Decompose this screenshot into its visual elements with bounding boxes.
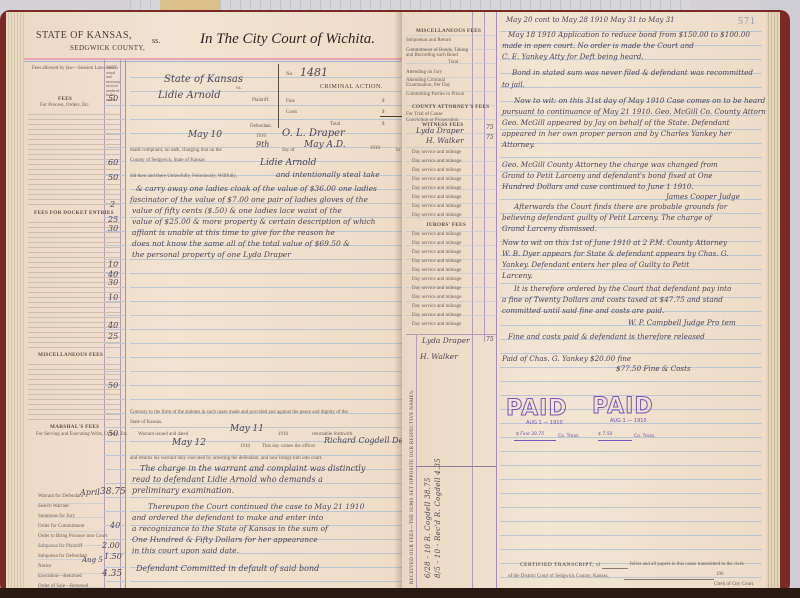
day-service-row: Day service and mileage xyxy=(412,168,461,173)
charge-line: value of $25.00 & more property & certai… xyxy=(132,217,375,226)
received-box-mid-rule xyxy=(416,466,496,467)
committed-note: Defendant Committed in default of said b… xyxy=(136,564,319,573)
misc-row: Commitment of Bonds, Taking and Recordin… xyxy=(406,48,470,58)
misc-row: Attending on Jury xyxy=(406,70,442,75)
journal-line: Yankey. Defendant enters her plea of Gui… xyxy=(502,260,689,269)
witness-amount: 75 xyxy=(486,134,494,141)
officer-name: Richard Cogdell Dep. Sff. xyxy=(324,436,402,445)
returns-text: and returns his warrant duly executed by… xyxy=(130,456,323,461)
page-number: 571 xyxy=(738,16,756,27)
did-then-text: did then and there Unlawfully, Felonious… xyxy=(130,174,237,179)
journal-header-line: May 20 cont to May 28 1910 May 31 to May… xyxy=(506,16,675,24)
county-line: County of Sedgwick, State of Kansas xyxy=(130,158,205,163)
criminal-action-label: CRIMINAL ACTION. xyxy=(320,84,383,90)
paid-stamp-rule xyxy=(598,440,632,441)
defendant-label: Defendant. xyxy=(250,124,272,129)
fee-amount-warrant: 38.75 xyxy=(100,487,126,497)
journal-line: pursuant to continuance of May 21 1910. … xyxy=(502,107,766,116)
fee-amount: 60 xyxy=(108,158,118,167)
certified-folios-text: folios and all papers in this cause tran… xyxy=(630,562,744,567)
return-date: May 12 xyxy=(172,438,206,448)
certified-year: 190 xyxy=(716,572,724,577)
header-ss: ss. xyxy=(152,36,160,45)
certified-of: of xyxy=(596,563,600,568)
header-state: STATE OF KANSAS, xyxy=(36,30,132,41)
fee-amount: 1.50 xyxy=(104,552,122,561)
paid-stamp-label: Co. Treas. xyxy=(558,434,580,439)
fee-amount: 50 xyxy=(108,381,118,390)
contrary-text: Contrary to the form of the statutes in … xyxy=(130,410,348,415)
officer-text: This day comes the officer xyxy=(262,444,315,449)
folios-blank xyxy=(602,568,628,569)
misc-row: Committing Parties to Prison xyxy=(406,92,464,97)
header-county: SEDGWICK COUNTY, xyxy=(70,44,145,52)
header-court-title: In The City Court of Wichita. xyxy=(200,31,375,48)
witness-name: Lyda Draper xyxy=(416,126,464,135)
fine-label: Fine xyxy=(286,99,295,104)
total-label: Total xyxy=(330,122,340,127)
plaintiff-label: Plaintiff. xyxy=(252,98,270,103)
paid-stamp-rule xyxy=(514,440,556,441)
continuance-line: and ordered the defendant to make and en… xyxy=(132,513,323,522)
journal-line: Larceny. xyxy=(502,271,533,280)
paid-stamp-date: AUG 1 — 1910 xyxy=(526,420,563,426)
warrant-label: Warrant issued and dated xyxy=(138,432,188,437)
fee-amount: 10 xyxy=(108,293,118,302)
paid-stamp-date: AUG 1 — 1910 xyxy=(610,418,647,424)
juror-row: Day service and mileage xyxy=(412,286,461,291)
proceedings-line: preliminary examination. xyxy=(132,486,234,495)
juror-row: Day service and mileage xyxy=(412,295,461,300)
ledger-book: STATE OF KANSAS, SEDGWICK COUNTY, ss. In… xyxy=(6,12,780,590)
fee-amount: 30 xyxy=(108,224,118,233)
county-attorney-fees-title: COUNTY ATTORNEY'S FEES xyxy=(412,104,489,110)
state-of-kansas-text: State of Kansas. xyxy=(130,420,162,425)
day-service-row: Day service and mileage xyxy=(412,204,461,209)
continuance-line: Thereupon the Court continued the case t… xyxy=(148,502,364,511)
complainant-name: O. L. Draper xyxy=(282,128,345,139)
journal-line: May 18 1910 Application to reduce bond f… xyxy=(508,30,750,39)
fees-section-title: FEES xyxy=(58,96,72,102)
case-number: 1481 xyxy=(300,66,328,79)
fees-section-subtitle: For Process, Orders, Etc. xyxy=(40,103,90,108)
marshal-note-april: April xyxy=(80,488,100,497)
right-page: MISCELLANEOUS FEES Subpoenas and Return … xyxy=(402,12,766,590)
district-blank xyxy=(624,579,714,580)
charge-line: fascinator of the value of $7.00 one pai… xyxy=(130,195,368,204)
received-name: Lyda Draper xyxy=(422,336,470,345)
proceedings-line: read to defendant Lidie Arnold who deman… xyxy=(132,475,323,484)
costs-dollar: $ xyxy=(382,110,385,115)
journal-line: It is therefore ordered by the Court tha… xyxy=(514,284,731,293)
county-row: For Trial of Cause xyxy=(406,112,443,117)
return-year: 1910 xyxy=(240,444,250,449)
fees-note: Fees allowed by law—Session Laws 1897 xyxy=(32,66,117,71)
receipt-note: 6/28 - 10 R. Cogdell 38.75 xyxy=(424,477,432,578)
receipt-note: 8/5 - 10 - Rec'd R. Cogdell 4.35 xyxy=(434,458,442,578)
fee-amount: 40 xyxy=(108,321,118,330)
witness-name: H. Walker xyxy=(426,136,464,145)
judge-pro-tem-signature: W. P. Campbell Judge Pro tem xyxy=(628,318,736,327)
costs-label: Costs xyxy=(286,110,297,115)
complaint-date: May 10 xyxy=(188,130,222,140)
charge-line: and intentionally steal take xyxy=(276,170,380,179)
journal-line: W. B. Dyer appears for State & defendant… xyxy=(502,249,729,258)
plaintiff-name: State of Kansas xyxy=(164,74,243,85)
warrant-date: May 11 xyxy=(230,424,264,434)
offense-day: 9th xyxy=(256,140,269,149)
misc-row: Attending Criminal Examination, Per Day xyxy=(406,78,470,88)
fee-amount: 50 xyxy=(108,94,118,103)
marshal-note-aug: Aug 5 xyxy=(82,556,103,564)
journal-line: a fine of Twenty Dollars and costs taxed… xyxy=(502,295,723,304)
journal-line: C. E. Yankey Atty for Deft being heard. xyxy=(502,52,644,61)
vs-label: vs. xyxy=(236,86,242,91)
charge-line: does not know the same all of the total … xyxy=(132,239,350,248)
misc-row-total: Total xyxy=(448,60,458,65)
fee-amount-execution: 4.35 xyxy=(102,569,122,579)
day-service-row: Day service and mileage xyxy=(412,159,461,164)
fine-dollar: $ xyxy=(382,99,385,104)
defendant-name: Lidie Arnold xyxy=(158,90,221,101)
case-number-label: No. xyxy=(286,72,293,77)
day-service-row: Day service and mileage xyxy=(412,186,461,191)
journal-line: Geo. McGill appeared by Jay on behalf of… xyxy=(502,118,729,127)
fee-amount: 2.00 xyxy=(102,541,120,550)
fee-amount: 50 xyxy=(108,173,118,182)
payment-note: $77.50 Fine & Costs xyxy=(616,364,691,373)
charge-line: & carry away one ladies cloak of the val… xyxy=(136,184,377,193)
table-shadow xyxy=(0,588,800,598)
total-dollar: $ xyxy=(382,122,385,127)
journal-line: appeared in her own proper person and by… xyxy=(502,129,731,138)
journal-line: Attorney. xyxy=(502,140,535,149)
offense-month: May A.D. xyxy=(304,140,346,150)
journal-line: Bond in stated sum was never filed & def… xyxy=(512,68,753,77)
proceedings-line: The charge in the warrant and complaint … xyxy=(140,464,365,473)
marshal-fees-title: MARSHAL'S FEES xyxy=(50,424,99,430)
misc-fees-title-left: MISCELLANEOUS FEES xyxy=(38,352,103,358)
fee-amount: 40 xyxy=(110,521,120,530)
marshal-rules xyxy=(38,490,104,590)
header-rule-blue xyxy=(24,61,402,62)
header-rule xyxy=(24,58,402,60)
jurors-fees-title: JURORS' FEES xyxy=(426,222,466,228)
bookmark-tab xyxy=(160,0,220,10)
received-name: H. Walker xyxy=(420,352,458,361)
fee-amount: 50 xyxy=(108,429,118,438)
fee-amount: 2 xyxy=(110,200,115,209)
docket-fees-title: FEES FOR DOCKET ENTRIES xyxy=(34,210,114,216)
charge-line: the personal property of one Lyda Draper xyxy=(132,250,291,259)
journal-line: Now to wit: on this 31st day of May 1910… xyxy=(514,96,765,105)
page-edges-right xyxy=(766,12,780,590)
journal-line: believing defendant guilty of Petit Larc… xyxy=(502,213,712,222)
juror-row: Day service and mileage xyxy=(412,313,461,318)
juror-row: Day service and mileage xyxy=(412,277,461,282)
docket-fees-printed-text xyxy=(28,218,120,350)
journal-line: Geo. McGill County Attorney the charge w… xyxy=(502,160,718,169)
juror-row: Day service and mileage xyxy=(412,304,461,309)
day-service-row: Day service and mileage xyxy=(412,177,461,182)
juror-row: Day service and mileage xyxy=(412,250,461,255)
continuance-line: a recognizance to the State of Kansas in… xyxy=(132,524,328,533)
fee-amount: 30 xyxy=(108,278,118,287)
continuance-line: One Hundred & Fifty Dollars for her appe… xyxy=(132,535,318,544)
left-page: STATE OF KANSAS, SEDGWICK COUNTY, ss. In… xyxy=(24,12,402,590)
margin-line xyxy=(125,60,126,590)
journal-line: Grand to Petit Larceny and defendant's b… xyxy=(502,171,713,180)
year-suffix: 1910 xyxy=(370,146,380,151)
journal-line: Afterwards the Court finds there are pro… xyxy=(514,202,727,211)
charge-line: affiant is unable at this time to give f… xyxy=(132,228,335,237)
juror-row: Day service and mileage xyxy=(412,322,461,327)
journal-line: Grand Larceny dismissed. xyxy=(502,224,597,233)
clerk-label: Clerk of City Court. xyxy=(714,582,754,587)
juror-row: Day service and mileage xyxy=(412,232,461,237)
day-service-row: Day service and mileage xyxy=(412,213,461,218)
paid-stamp-amount: $ 7.50 xyxy=(598,432,612,437)
paid-stamp: PAID xyxy=(506,396,568,421)
received-fees-vertical-label: RECEIVED OUR FEES—THE SUMS SET OPPOSITE … xyxy=(410,389,415,584)
certified-transcript-title: CERTIFIED TRANSCRIPT, xyxy=(520,562,594,568)
juror-row: Day service and mileage xyxy=(412,268,461,273)
fees-printed-text xyxy=(28,110,120,206)
juror-row: Day service and mileage xyxy=(412,259,461,264)
journal-line: Fine and costs paid & defendant is there… xyxy=(508,332,705,341)
journal-line: Now to wit on this 1st of June 1910 at 2… xyxy=(502,238,727,247)
payment-note: Paid of Chas. G. Yankey $20.00 fine xyxy=(502,354,631,363)
judge-signature: James Cooper Judge xyxy=(666,192,740,201)
certified-district-text: of the District Court of Sedgwick County… xyxy=(508,574,609,579)
charge-line: value of fifty cents ($.50) & one ladies… xyxy=(132,206,342,215)
fee-amount: 25 xyxy=(108,215,118,224)
complaint-year: 1910 xyxy=(256,134,266,139)
received-box-top xyxy=(406,334,496,335)
paid-stamp: PAID xyxy=(592,394,654,419)
fee-amount: 10 xyxy=(108,260,118,269)
complaint-text: made complaint, on oath, charging that o… xyxy=(130,148,222,153)
day-service-row: Day service and mileage xyxy=(412,195,461,200)
juror-row: Day service and mileage xyxy=(412,241,461,246)
page-edges-left xyxy=(6,12,24,590)
accused-name: Lidie Arnold xyxy=(260,158,316,168)
case-brace xyxy=(278,64,279,128)
paid-stamp-label: Co. Treas. xyxy=(634,434,656,439)
received-amount: 75 xyxy=(486,336,494,343)
day-of-label: day of xyxy=(282,148,295,153)
misc-fees-printed-text xyxy=(28,360,120,422)
misc-fees-title-right: MISCELLANEOUS FEES xyxy=(416,28,481,34)
received-box-divider xyxy=(416,334,417,590)
continuance-line: in this court upon said date. xyxy=(132,546,239,555)
right-margin-line xyxy=(496,12,497,590)
journal-line: committed until said fine and costs are … xyxy=(502,306,664,315)
warrant-year: 1910 xyxy=(278,432,288,437)
misc-row: Subpoenas and Return xyxy=(406,38,451,43)
paid-stamp-amount: $ Fine 30.75 xyxy=(516,432,544,437)
journal-line: made in open court. No order is made the… xyxy=(502,41,694,50)
witness-amount: 75 xyxy=(486,124,494,131)
journal-line: to jail. xyxy=(502,80,525,89)
day-service-row: Day service and mileage xyxy=(412,150,461,155)
journal-line: Hundred Dollars and case continued to Ju… xyxy=(502,182,694,191)
fee-amount: 25 xyxy=(108,332,118,341)
